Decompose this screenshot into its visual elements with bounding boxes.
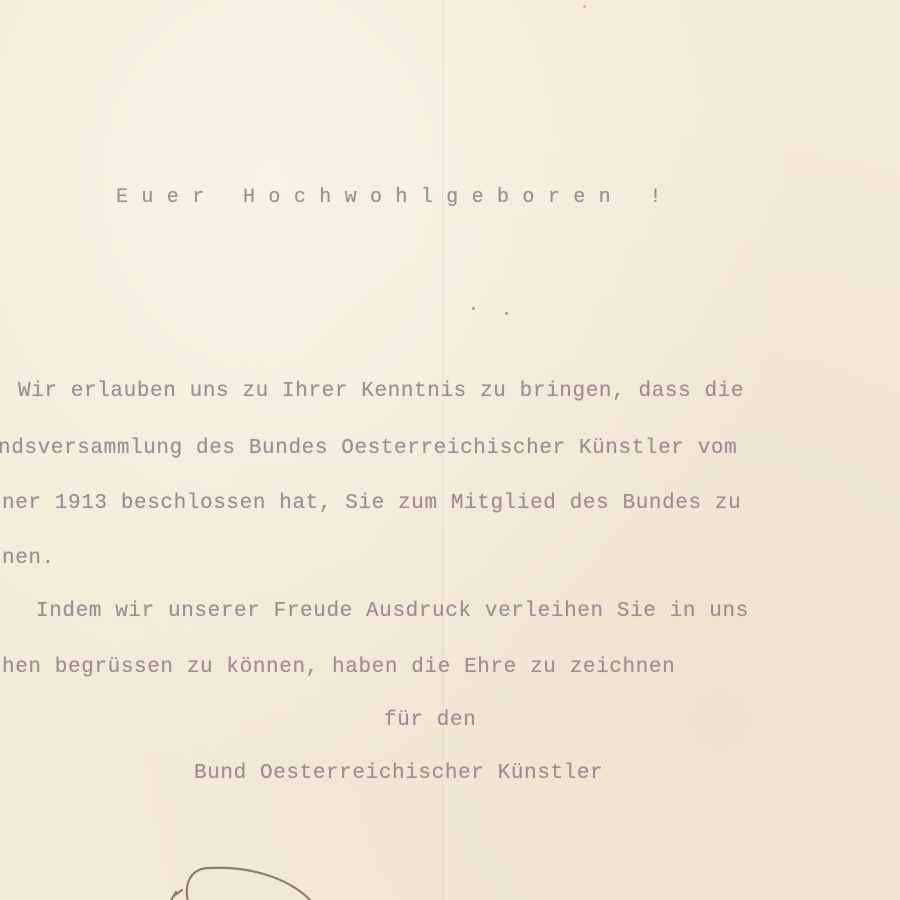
closing-line-1: für den [384, 709, 476, 732]
body-line-3: ner 1913 beschlossen hat, Sie zum Mitgli… [2, 492, 741, 515]
body-line-6: hen begrüssen zu können, haben die Ehre … [2, 656, 675, 679]
ink-dot [472, 307, 475, 310]
body-line-4: nen. [2, 547, 55, 570]
body-line-2: ndsversammlung des Bundes Oesterreichisc… [0, 437, 737, 460]
ink-dot [505, 312, 508, 315]
letter-page: Euer Hochwohlgeboren ! Wir erlauben uns … [0, 0, 900, 900]
body-line-1: Wir erlauben uns zu Ihrer Kenntnis zu br… [18, 380, 744, 403]
body-line-5: Indem wir unserer Freude Ausdruck verlei… [36, 600, 749, 623]
salutation: Euer Hochwohlgeboren ! [116, 186, 675, 209]
paper-speck [583, 5, 586, 8]
handwritten-signature [160, 862, 360, 900]
closing-organization: Bund Oesterreichischer Künstler [194, 762, 603, 785]
